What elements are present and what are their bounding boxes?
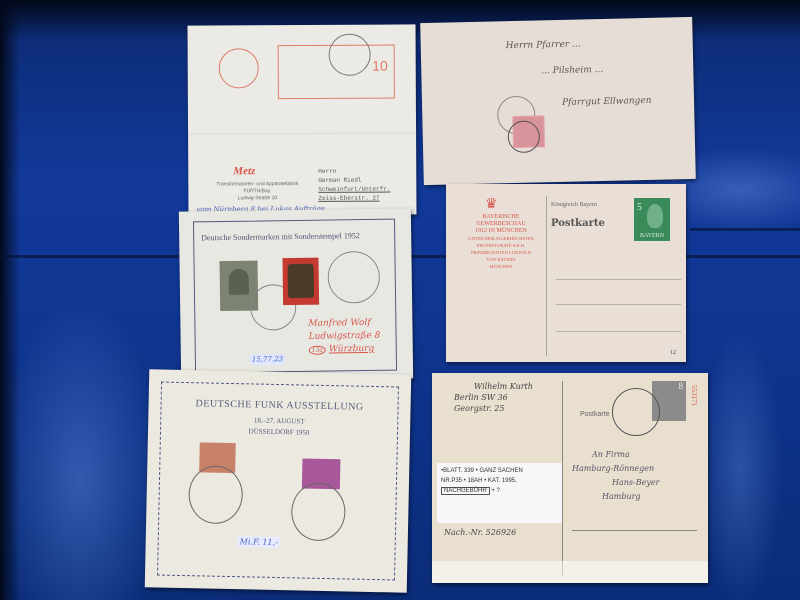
stamp-value: 8 bbox=[679, 381, 684, 391]
cancellation-circle bbox=[507, 120, 540, 153]
luitpold-stamp: 5 BAYERN bbox=[634, 198, 670, 241]
sender-block: Wilhelm Kurth Berlin SW 36 Georgstr. 25 bbox=[454, 381, 533, 414]
shadow-left bbox=[0, 0, 20, 600]
sondermarken-card: Deutsche Sondermarken mit Sonderstempel … bbox=[179, 208, 413, 381]
label-line: NACHGEBÜHR + ? bbox=[441, 486, 558, 496]
card-number: 12 bbox=[670, 350, 676, 356]
berlin-postmark bbox=[612, 388, 660, 436]
recipient-line: Schweinfurt/Unterfr. bbox=[318, 185, 390, 194]
stamp-value: 5 bbox=[637, 202, 642, 213]
reference-number: Nach.-Nr. 526926 bbox=[444, 528, 516, 537]
expo-line: MÜNCHEN bbox=[451, 263, 551, 270]
album-seam-right bbox=[690, 228, 800, 231]
fold-line bbox=[188, 132, 416, 134]
recipient-line: Hamburg bbox=[572, 490, 659, 504]
expo-line: GEWERBESCHAU bbox=[451, 221, 551, 228]
postmark-circle bbox=[329, 34, 371, 76]
address-line bbox=[556, 304, 681, 305]
metz-meter-card: 10 Metz Transformatoren- und Apparatefab… bbox=[188, 24, 417, 215]
stamp-country: BAYERN bbox=[634, 233, 670, 239]
recipient-block: An Firma Hamburg-Rönnegen Hans-Beyer Ham… bbox=[572, 448, 659, 504]
old-cover: Herrn Pfarrer ... ... Pilsheim ... Pfarr… bbox=[420, 17, 696, 185]
company-logo: Metz bbox=[233, 165, 255, 177]
recipient-line: An Firma bbox=[572, 448, 659, 462]
sender-line: Berlin SW 36 bbox=[454, 392, 533, 403]
postal-district: 13a bbox=[309, 346, 326, 355]
recipient-line: 13a Würzburg bbox=[309, 343, 381, 357]
meter-stamp: 10 bbox=[278, 45, 395, 100]
recipient-line: German Riedl bbox=[318, 176, 390, 185]
meter-date-circle bbox=[219, 48, 259, 88]
funk-ausstellung-card: DEUTSCHE FUNK AUSSTELLUNG 18.–27. AUGUST… bbox=[145, 369, 412, 592]
postkarte-title: Postkarte bbox=[551, 218, 605, 229]
handwritten-line: Pfarrgut Ellwangen bbox=[562, 96, 652, 108]
postkarte-title: Postkarte bbox=[580, 411, 610, 418]
recipient-city: Würzburg bbox=[329, 344, 374, 355]
sender-block: Transformatoren- und Apparatefabrik FÜRT… bbox=[202, 181, 312, 203]
recipient-line: Zeiss-Eberstr. 27 bbox=[318, 194, 390, 203]
expo-line: VON BAYERN bbox=[451, 256, 551, 263]
address-line bbox=[572, 530, 697, 531]
recipient-block: Herrn German Riedl Schweinfurt/Unterfr. … bbox=[318, 167, 390, 203]
expo-line: UNTER DEM ALLERHÖCHSTEN bbox=[451, 235, 551, 242]
crown-icon: ♛ bbox=[485, 196, 498, 213]
price-note: 15,77.23 bbox=[250, 354, 285, 364]
handwritten-line: ... Pilsheim ... bbox=[541, 65, 603, 76]
handwritten-line: Herrn Pfarrer ... bbox=[506, 39, 581, 51]
berlin-postkarte: Wilhelm Kurth Berlin SW 36 Georgstr. 25 … bbox=[432, 373, 708, 583]
label-line: NR.P35 • 18AH • KAT. 1995, bbox=[441, 476, 558, 486]
card-divider bbox=[562, 381, 563, 576]
red-serial: 553171 bbox=[690, 385, 698, 406]
expo-line: PROTEKTORATE S.K.H. bbox=[451, 242, 551, 249]
expo-line: BAYERISCHE bbox=[451, 214, 551, 221]
address-line bbox=[556, 279, 681, 280]
meter-value: 10 bbox=[372, 58, 388, 74]
bayern-postkarte: ♛ BAYERISCHE GEWERBESCHAU 1912 IN MÜNCHE… bbox=[446, 184, 686, 362]
sender-line: Ludwig-Straße 10 bbox=[202, 195, 312, 203]
sender-line: Georgstr. 25 bbox=[454, 403, 533, 414]
card-divider bbox=[546, 196, 547, 356]
label-line: •BLATT. 339 • GANZ SACHEN bbox=[441, 466, 558, 476]
kingdom-label: Königreich Bayern bbox=[551, 202, 597, 208]
mona-lisa-stamp bbox=[282, 258, 319, 305]
plastic-sleeve bbox=[432, 561, 708, 583]
recipient-block: Manfred Wolf Ludwigstraße 8 13a Würzburg bbox=[308, 317, 380, 357]
recipient-line: Hamburg-Rönnegen bbox=[572, 462, 659, 476]
recipient-line: Hans-Beyer bbox=[572, 476, 659, 490]
address-line bbox=[556, 331, 681, 332]
expo-line: PRINZREGENTEN LUITPOLD bbox=[451, 249, 551, 256]
expo-line: 1912 IN MÜNCHEN bbox=[451, 228, 551, 235]
postage-due-box: NACHGEBÜHR bbox=[441, 487, 490, 495]
recipient-line: Ludwigstraße 8 bbox=[309, 330, 381, 344]
portrait-icon bbox=[647, 204, 663, 228]
recipient-line: Manfred Wolf bbox=[308, 317, 380, 331]
exhibition-text: BAYERISCHE GEWERBESCHAU 1912 IN MÜNCHEN … bbox=[451, 214, 551, 270]
recipient-line: Herrn bbox=[318, 167, 390, 176]
dealer-label: •BLATT. 339 • GANZ SACHEN NR.P35 • 18AH … bbox=[437, 463, 562, 523]
sender-line: Wilhelm Kurth bbox=[454, 381, 533, 392]
price-note: Mi.F. 11,- bbox=[238, 536, 280, 548]
